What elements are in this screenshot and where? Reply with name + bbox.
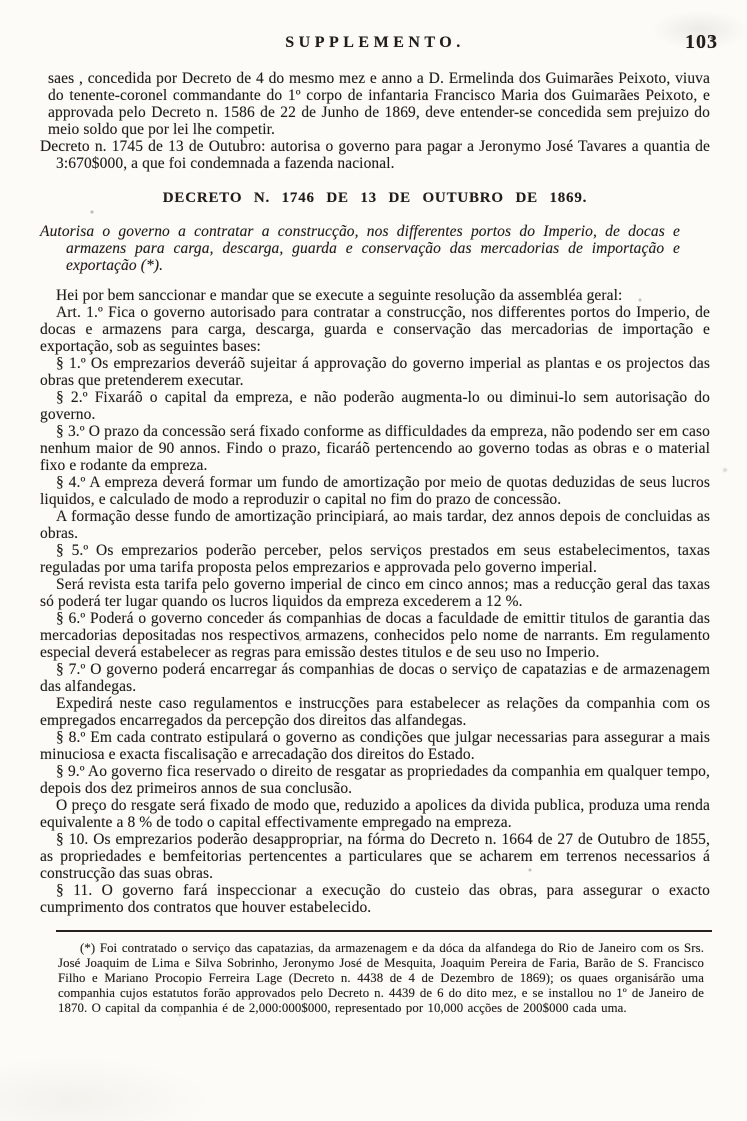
decree-paragraph: § 11. O governo fará inspeccionar a exec… [40, 882, 710, 916]
footnote-divider [56, 930, 712, 932]
page-header: SUPPLEMENTO. 103 [40, 34, 710, 56]
decree-summary: Autorisa o governo a contratar a constru… [40, 223, 680, 274]
decree-paragraph: § 1.º Os emprezarios deveráõ sujeitar á … [40, 355, 710, 389]
footnote-text: (*) Foi contratado o serviço das capataz… [58, 941, 704, 1016]
decree-paragraph: § 8.º Em cada contrato estipulará o gove… [40, 729, 710, 763]
decree-paragraph: § 10. Os emprezarios poderão desappropri… [40, 831, 710, 882]
decree-paragraph: O preço do resgate será fixado de modo q… [40, 797, 710, 831]
document-page: SUPPLEMENTO. 103 saes , concedida por De… [0, 0, 747, 1121]
decree-paragraph: A formação desse fundo de amortização pr… [40, 508, 710, 542]
decree-paragraph: § 4.º A empreza deverá formar um fundo d… [40, 474, 710, 508]
decree-paragraph: § 2.º Fixaráõ o capital da empreza, e nã… [40, 389, 710, 423]
decree-paragraph: Hei por bem sanccionar e mandar que se e… [40, 287, 710, 304]
decree-paragraph: Art. 1.º Fica o governo autorisado para … [40, 304, 710, 355]
decree-paragraph: Expedirá neste caso regulamentos e instr… [40, 695, 710, 729]
decree-paragraph: § 7.º O governo poderá encarregar ás com… [40, 661, 710, 695]
decree-heading: DECRETO N. 1746 DE 13 DE OUTUBRO DE 1869… [40, 190, 710, 207]
decree-paragraph: § 5.º Os emprezarios poderão perceber, p… [40, 542, 710, 576]
decree-paragraph: § 9.º Ao governo fica reservado o direit… [40, 763, 710, 797]
decree-body: Hei por bem sanccionar e mandar que se e… [40, 287, 710, 916]
decree-paragraph: § 3.º O prazo da concessão será fixado c… [40, 423, 710, 474]
continuation-paragraph: Decreto n. 1745 de 13 de Outubro: autori… [40, 138, 710, 172]
page-header-title: SUPPLEMENTO. [40, 34, 710, 52]
decree-paragraph: Será revista esta tarifa pelo governo im… [40, 576, 710, 610]
page-number: 103 [685, 31, 718, 54]
decree-paragraph: § 6.º Poderá o governo conceder ás compa… [40, 610, 710, 661]
continuation-paragraph: saes , concedida por Decreto de 4 do mes… [48, 70, 710, 138]
